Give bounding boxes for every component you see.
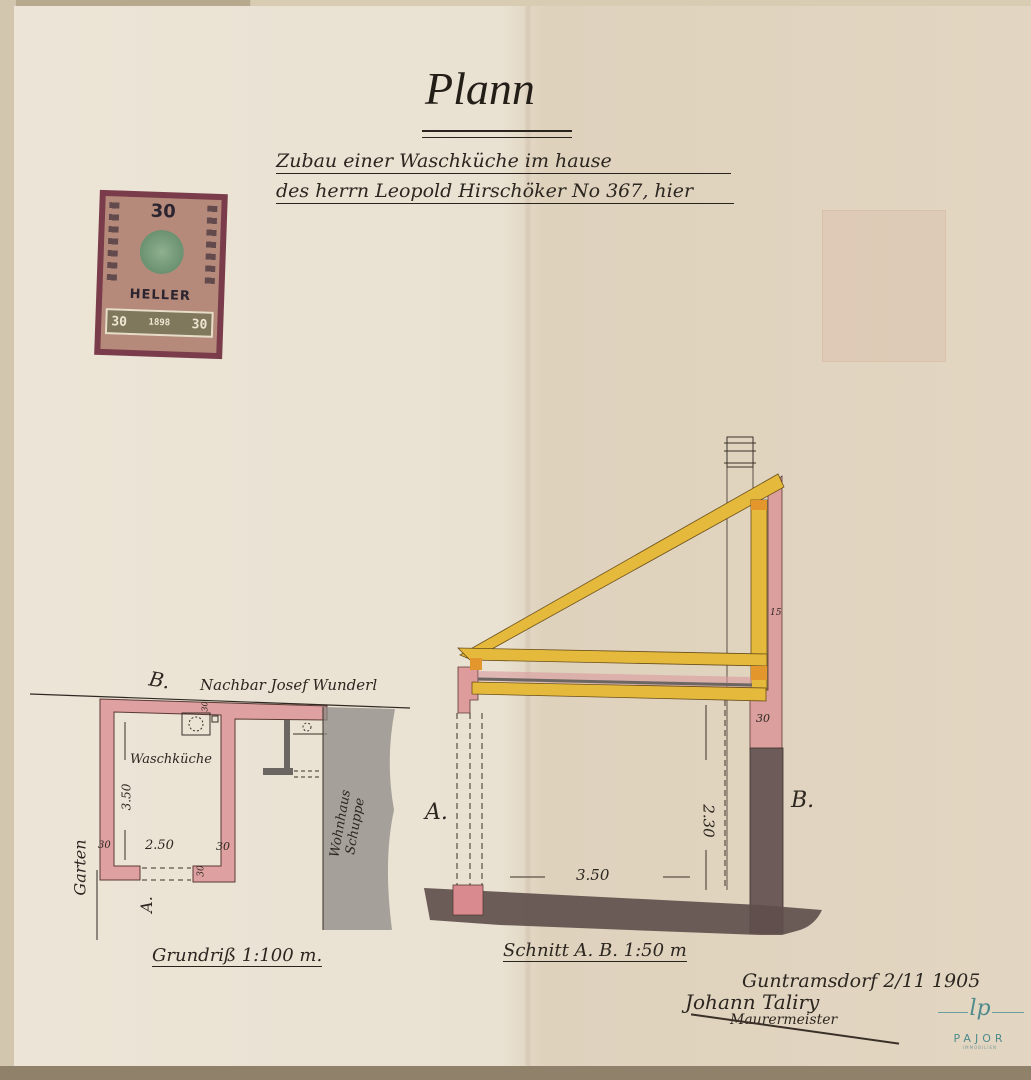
watermark-logo: lp PAJOR IMMOBILIEN	[930, 998, 1030, 1050]
wall-dimension: 30	[201, 701, 210, 711]
section-span-dimension: 3.50	[576, 866, 609, 884]
plan-width-dimension: 2.50	[145, 838, 174, 853]
section-height-dimension: 2.30	[700, 804, 718, 837]
signature-name: Johann Taliry	[685, 990, 819, 1014]
plan-section-mark-a: A.	[137, 896, 156, 913]
wall-dimension: 30	[216, 840, 230, 853]
section-drawing	[424, 437, 822, 935]
architectural-drawings	[0, 0, 1031, 1080]
floor-plan-caption: Grundriß 1:100 m.	[152, 945, 322, 967]
background-table-edge	[0, 1066, 1031, 1080]
plan-section-mark-b: B.	[147, 666, 172, 693]
section-mark-b: B.	[791, 788, 814, 813]
room-label: Waschküche	[130, 752, 212, 767]
section-mark-a: A.	[425, 800, 448, 825]
place-and-date: Guntramsdorf 2/11 1905	[742, 970, 980, 992]
watermark-sub: IMMOBILIEN	[930, 1045, 1030, 1050]
garden-label: Garten	[71, 839, 90, 895]
wall-upper-dimension: 15	[770, 608, 781, 618]
watermark-line-left	[938, 1012, 968, 1013]
wall-dimension: 30	[197, 865, 207, 876]
neighbour-label: Nachbar Josef Wunderl	[200, 676, 377, 694]
watermark-line-right	[992, 1012, 1024, 1013]
section-caption: Schnitt A. B. 1:50 m	[503, 940, 687, 962]
watermark-monogram-icon: lp	[930, 998, 1030, 1020]
watermark-brand: PAJOR	[930, 1032, 1030, 1045]
plan-depth-dimension: 3.50	[119, 784, 133, 811]
wall-lower-dimension: 30	[756, 712, 770, 725]
wall-dimension: 30	[98, 840, 111, 851]
